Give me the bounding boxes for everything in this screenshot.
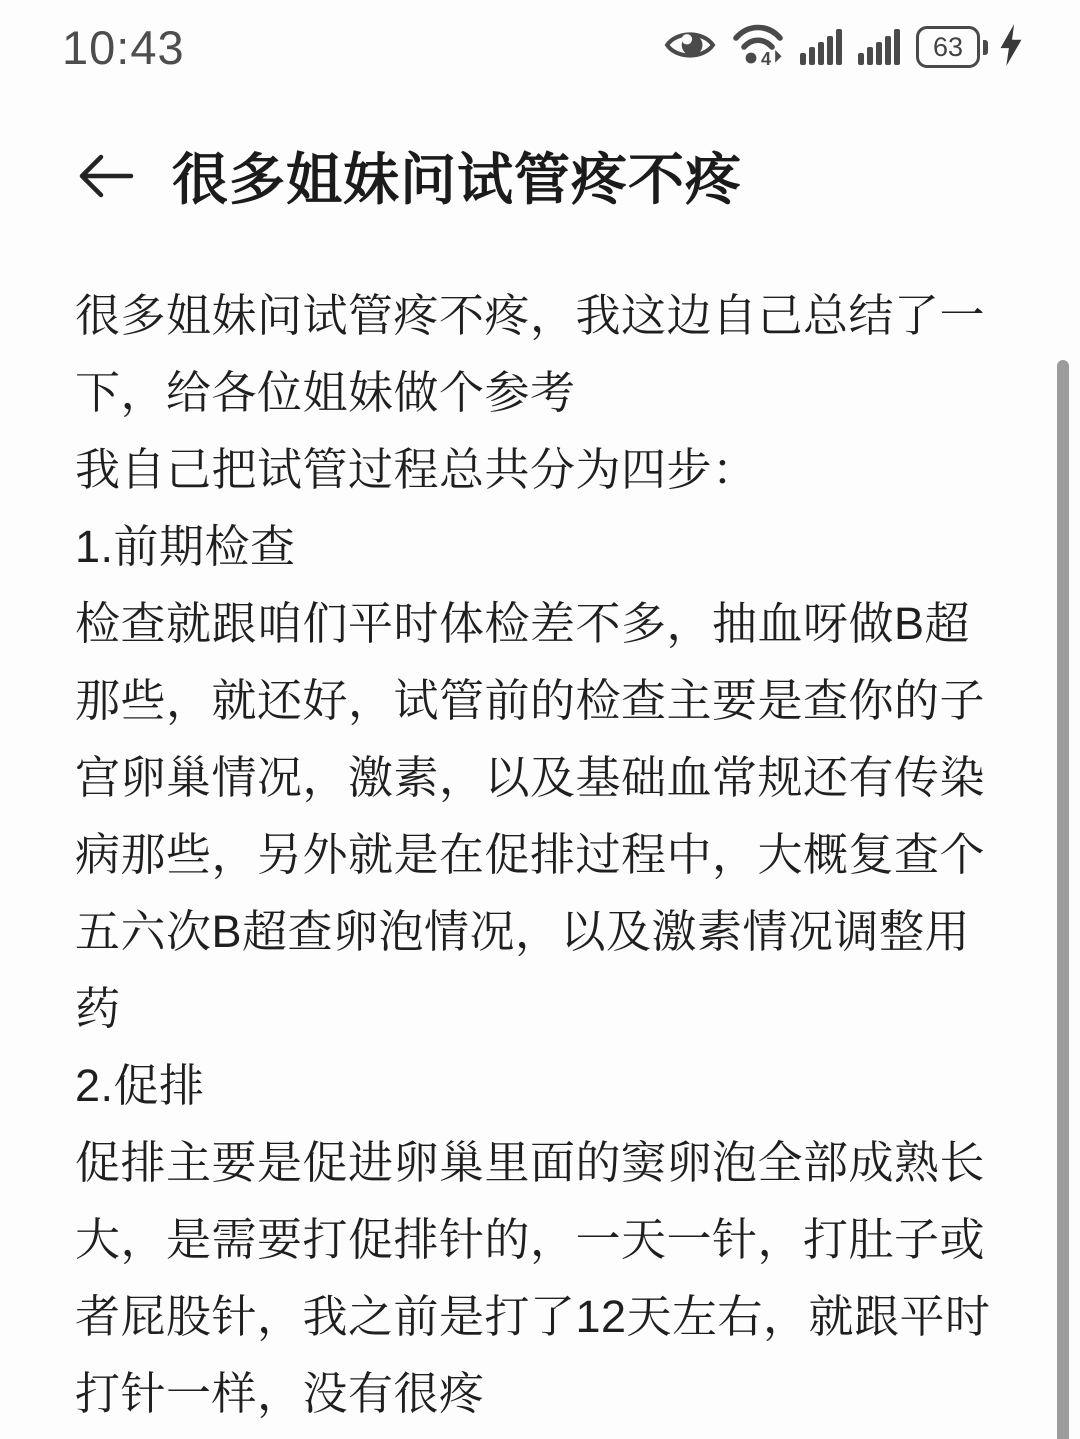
article-text-line: 病那些，另外就是在促排过程中，大概复查个 <box>75 816 1016 893</box>
back-arrow-icon <box>74 149 136 203</box>
clock-time: 10:43 <box>62 20 185 75</box>
eye-comfort-icon <box>664 25 716 70</box>
page-title: 很多姐妹问试管疼不疼 <box>172 136 742 216</box>
status-icons: 4 63 <box>664 23 1024 72</box>
article-text-line: 检查就跟咱们平时体检差不多，抽血呀做B超 <box>75 585 1016 662</box>
article-text-line: 2.促排 <box>75 1047 1016 1124</box>
article-text-line: 大，是需要打促排针的，一天一针，打肚子或 <box>75 1201 1016 1278</box>
article-text-line: 促排主要是促进卵巢里面的窦卵泡全部成熟长 <box>75 1124 1016 1201</box>
article-text-line: 我自己把试管过程总共分为四步： <box>75 431 1016 508</box>
cellular-signal-icon-sim1 <box>800 29 842 65</box>
cellular-signal-icon-sim2 <box>858 29 900 65</box>
charging-bolt-icon <box>998 24 1024 71</box>
article-text-line: 1.前期检查 <box>75 508 1016 585</box>
article-text-line: 药 <box>75 970 1016 1047</box>
article-text-line: 五六次B超查卵泡情况，以及激素情况调整用 <box>75 893 1016 970</box>
article-scroll-area[interactable]: 很多姐妹问试管疼不疼，我这边自己总结了一下，给各位姐妹做个参考我自己把试管过程总… <box>75 277 1016 1432</box>
wifi-4-icon: 4 <box>732 23 784 72</box>
status-bar: 10:43 4 <box>0 0 1080 88</box>
article-text-line: 很多姐妹问试管疼不疼，我这边自己总结了一 <box>75 277 1016 354</box>
article-text-line: 宫卵巢情况，激素，以及基础血常规还有传染 <box>75 739 1016 816</box>
article-text-line: 那些，就还好，试管前的检查主要是查你的子 <box>75 662 1016 739</box>
scrollbar-thumb[interactable] <box>1057 360 1069 1439</box>
battery-percent-label: 63 <box>933 32 963 63</box>
article-text-line: 打针一样，没有很疼 <box>75 1355 1016 1432</box>
article-text-line: 下，给各位姐妹做个参考 <box>75 354 1016 431</box>
battery-level-indicator: 63 <box>916 26 988 68</box>
title-bar: 很多姐妹问试管疼不疼 <box>74 132 1020 220</box>
battery-nub <box>983 40 988 55</box>
wifi-generation-label: 4 <box>761 49 771 67</box>
article-text-line: 者屁股针，我之前是打了12天左右，就跟平时 <box>75 1278 1016 1355</box>
back-button[interactable] <box>74 148 136 204</box>
